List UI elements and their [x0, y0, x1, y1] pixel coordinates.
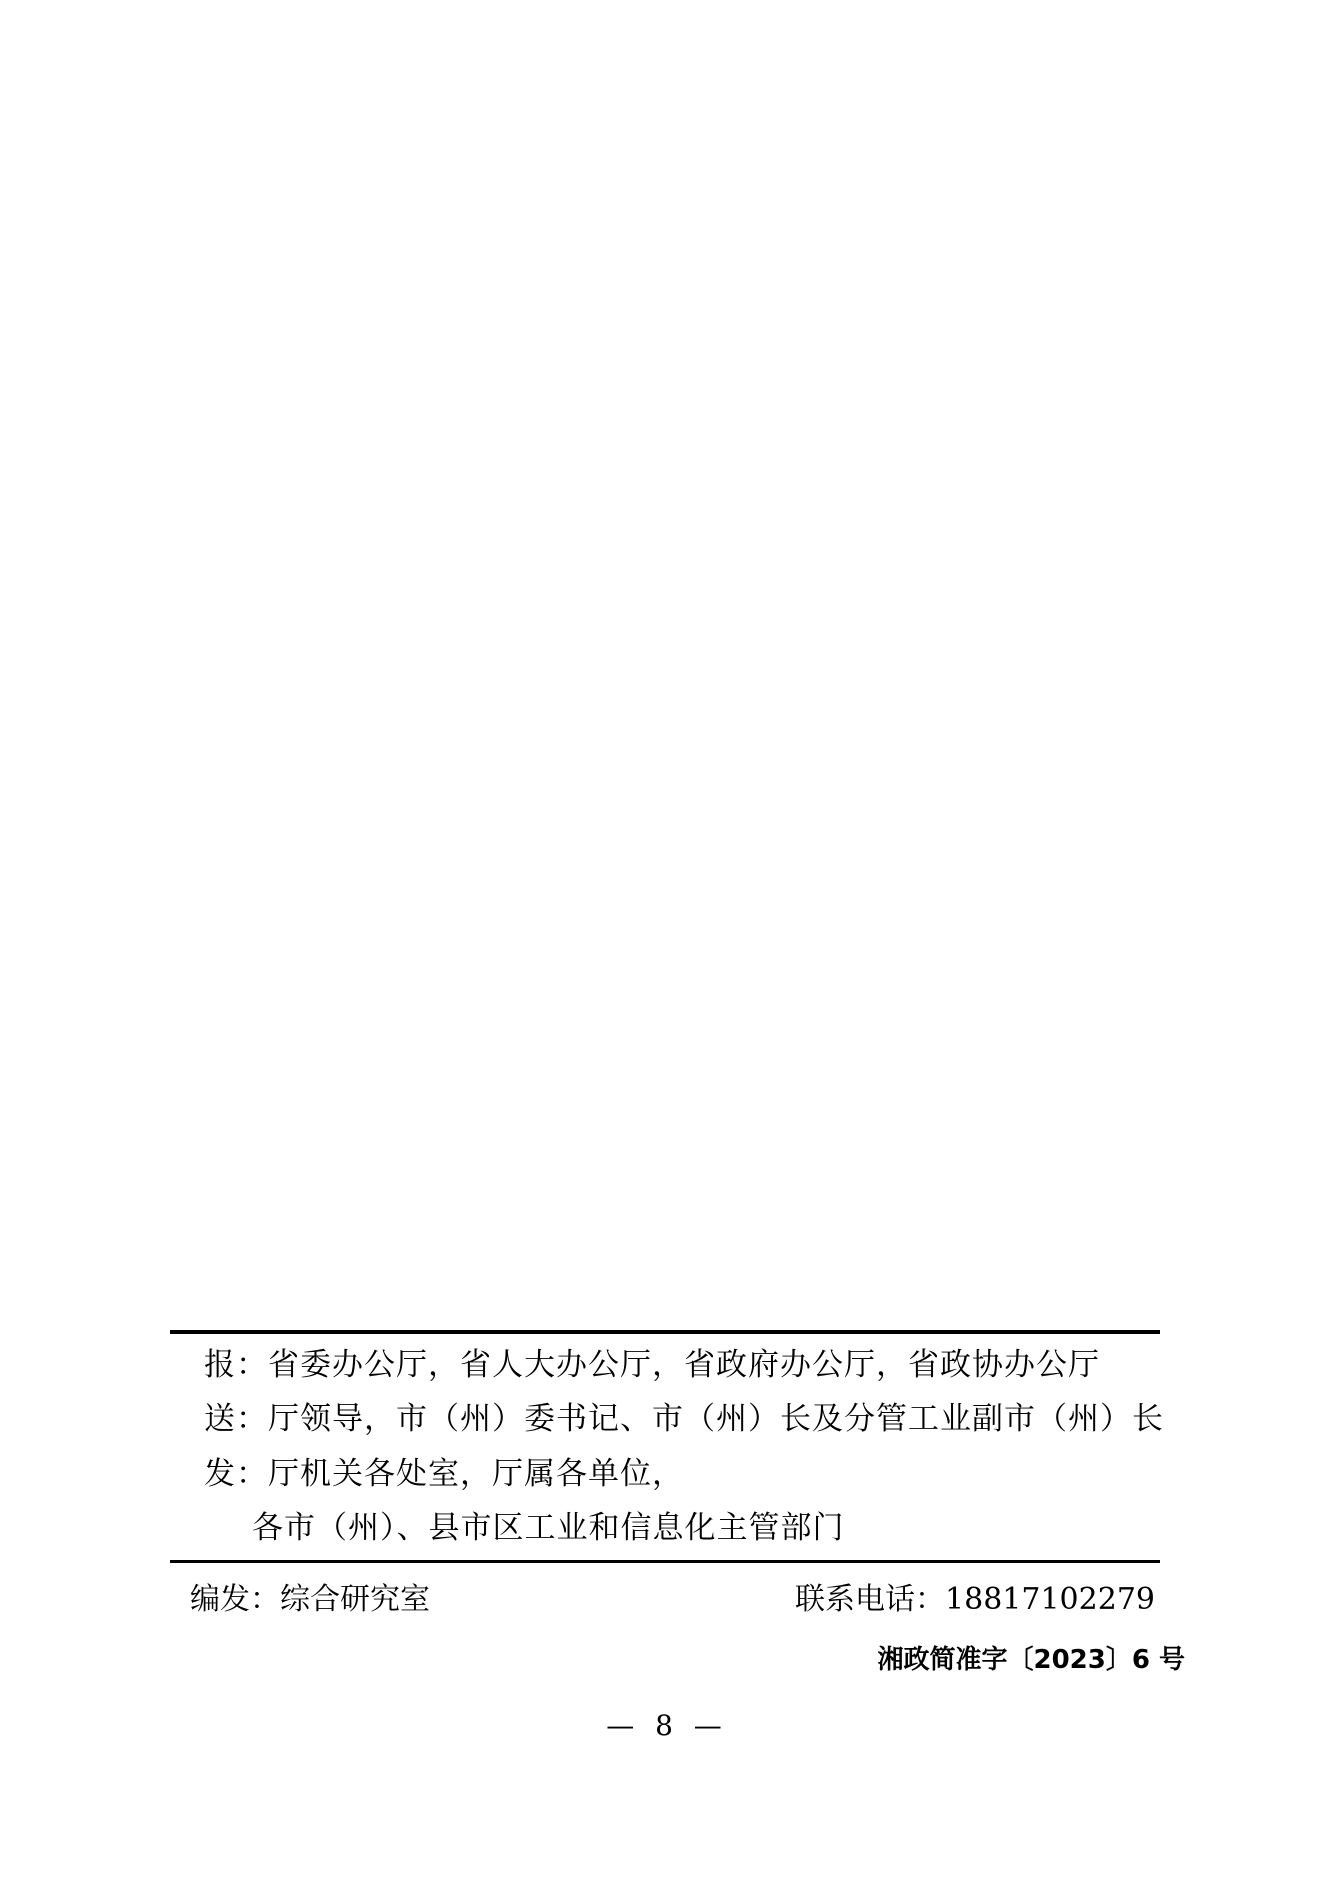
divider-top: [170, 1330, 1160, 1334]
page-number: — 8 —: [0, 1712, 1334, 1740]
divider-colophon: [170, 1560, 1160, 1563]
document-number: 湘政简准字〔2023〕6 号: [877, 1647, 1185, 1673]
distribution-report-line: 报：省委办公厅，省人大办公厅，省政府办公厅，省政协办公厅: [204, 1350, 1100, 1381]
colophon-row: 编发：综合研究室 联系电话：18817102279: [190, 1585, 1155, 1615]
contact-phone: 联系电话：18817102279: [795, 1585, 1155, 1615]
editor-label: 编发：综合研究室: [190, 1585, 430, 1615]
distribution-issue-line: 发：厅机关各处室，厅属各单位，: [204, 1459, 684, 1490]
document-page: 报：省委办公厅，省人大办公厅，省政府办公厅，省政协办公厅 送：厅领导，市（州）委…: [0, 0, 1334, 1887]
distribution-issue-continued-line: 各市（州）、县市区工业和信息化主管部门: [252, 1513, 845, 1544]
distribution-send-line: 送：厅领导，市（州）委书记、市（州）长及分管工业副市（州）长: [204, 1404, 1164, 1435]
